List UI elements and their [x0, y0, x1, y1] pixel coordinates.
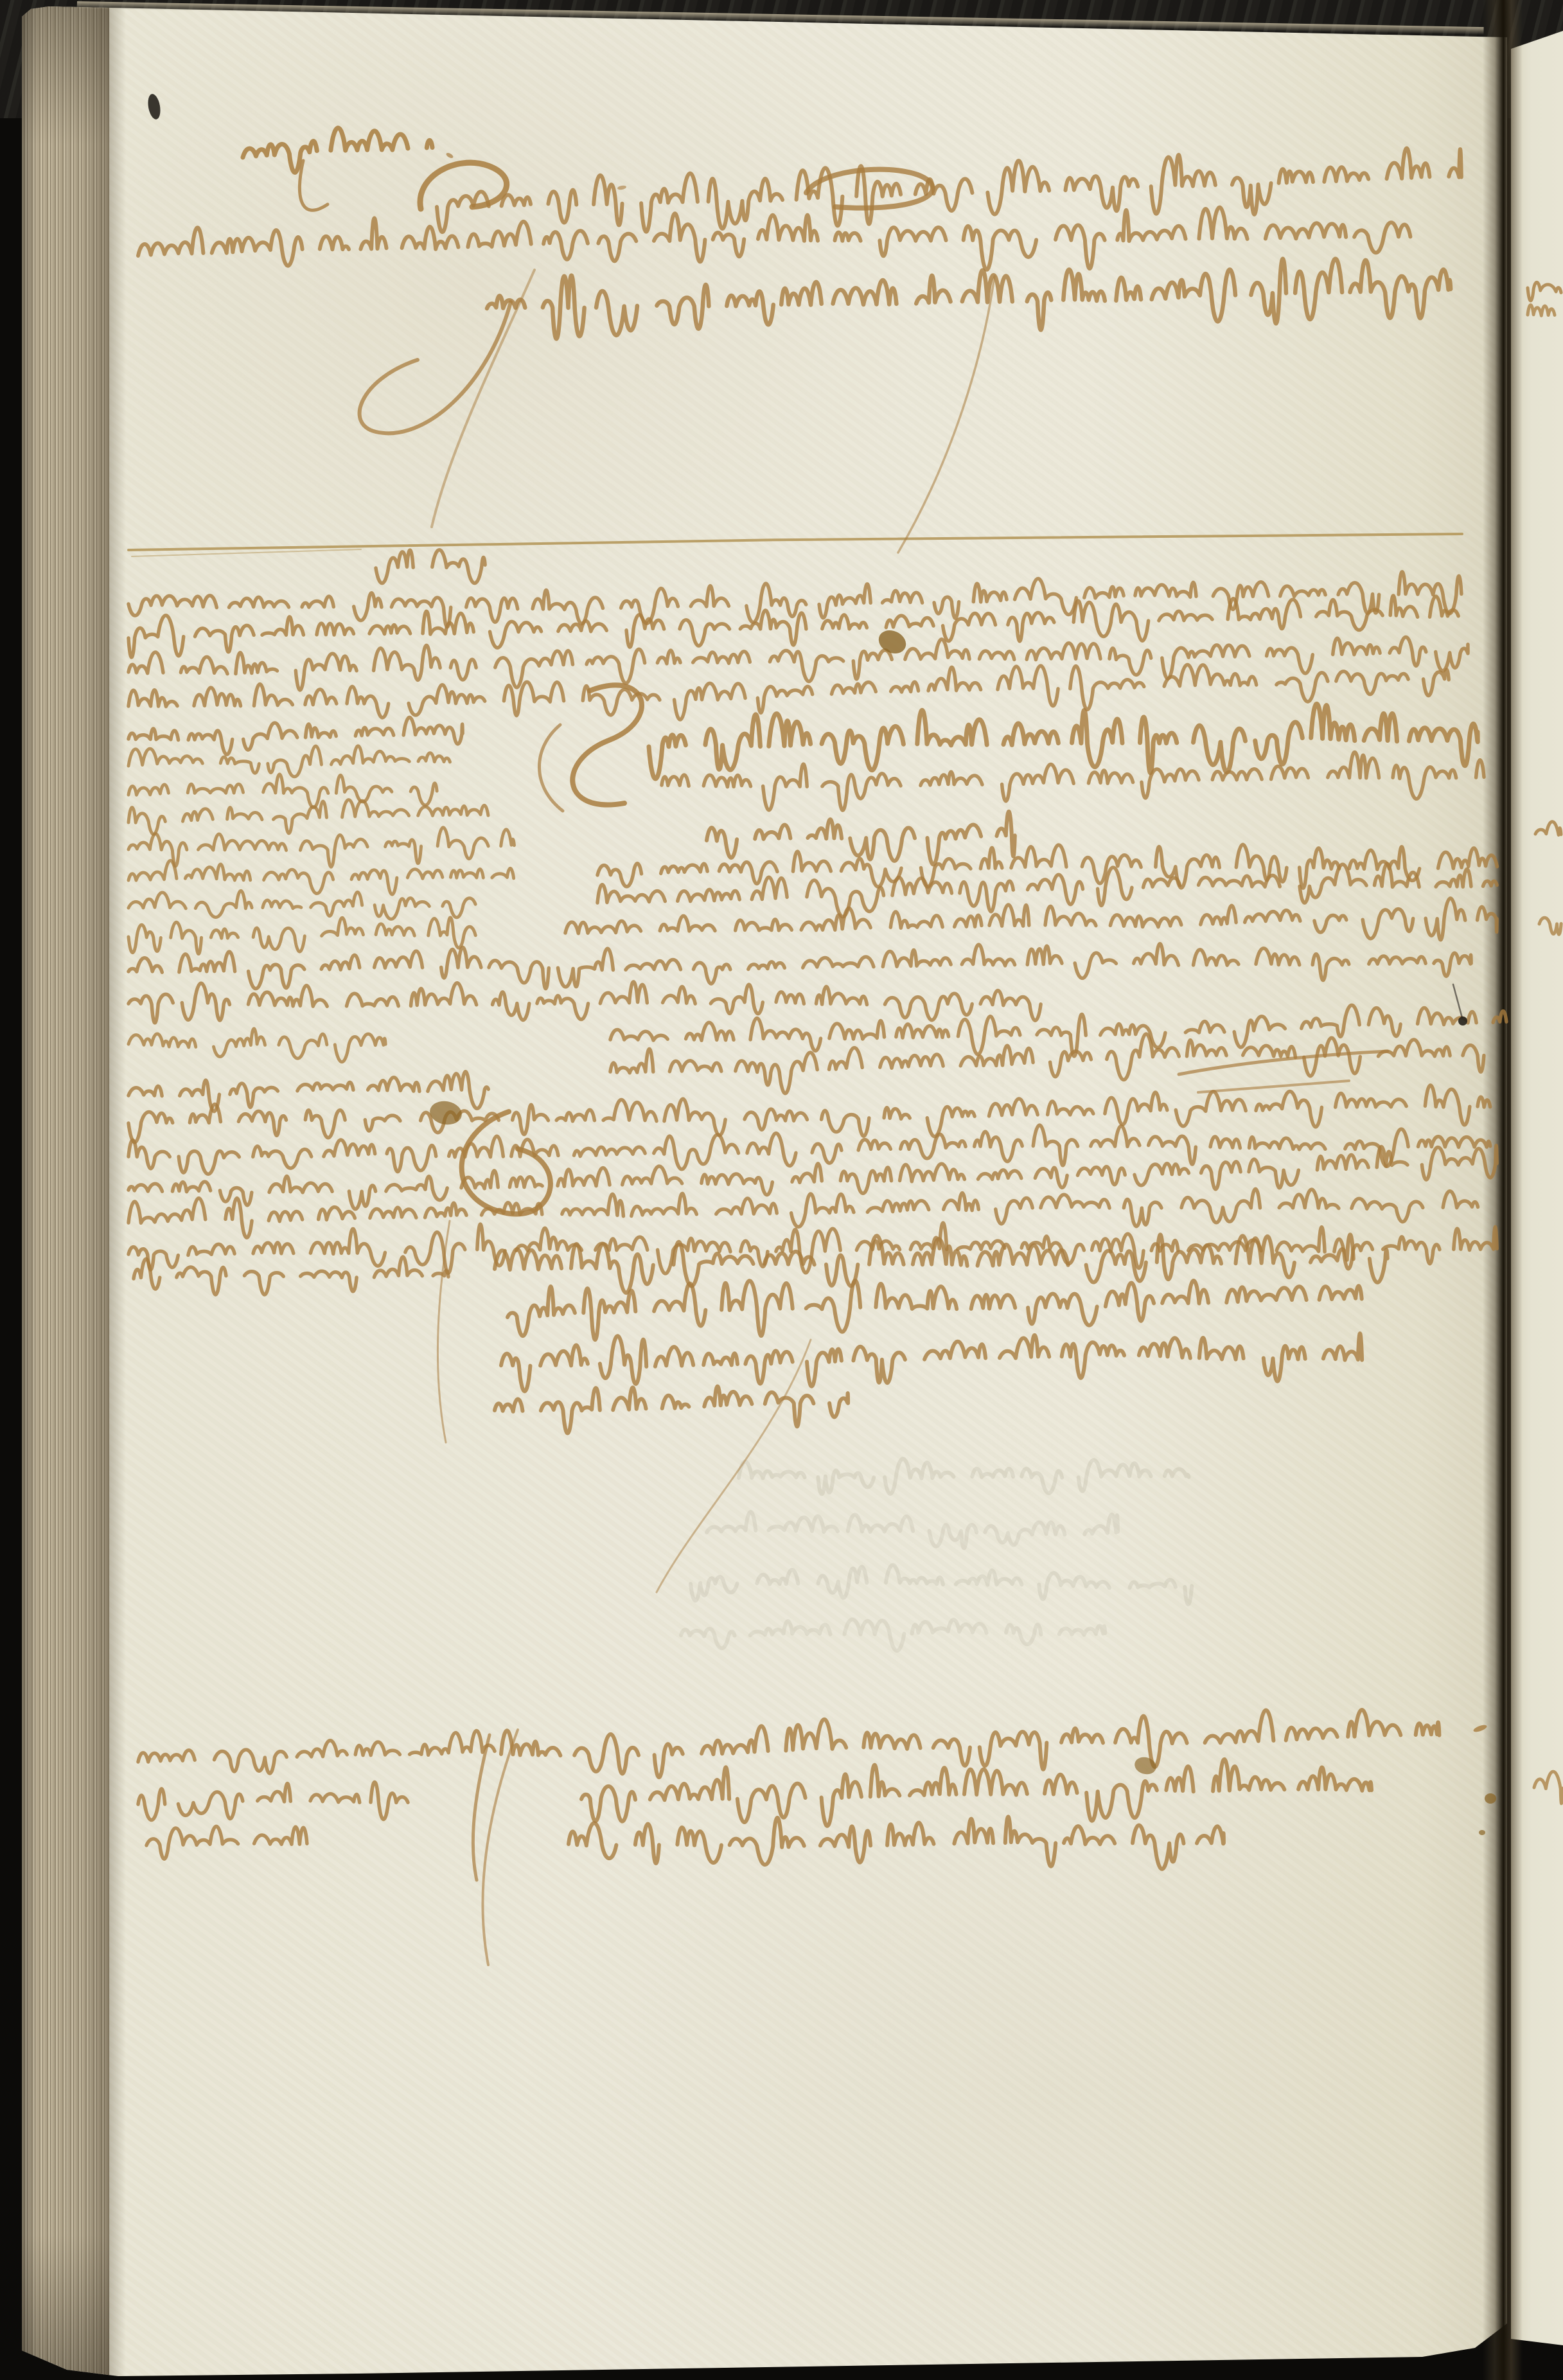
paper-texture	[22, 3, 1507, 2377]
page-stack-fore-edge	[22, 3, 109, 2377]
archival-scan: { "document": { "description": "Black-an…	[0, 0, 1563, 2380]
gutter-shadow	[1483, 0, 1523, 2380]
fore-edge-inner-shadow	[109, 3, 126, 2377]
fore-edge-shading	[22, 3, 109, 2377]
manuscript-page	[22, 3, 1507, 2377]
